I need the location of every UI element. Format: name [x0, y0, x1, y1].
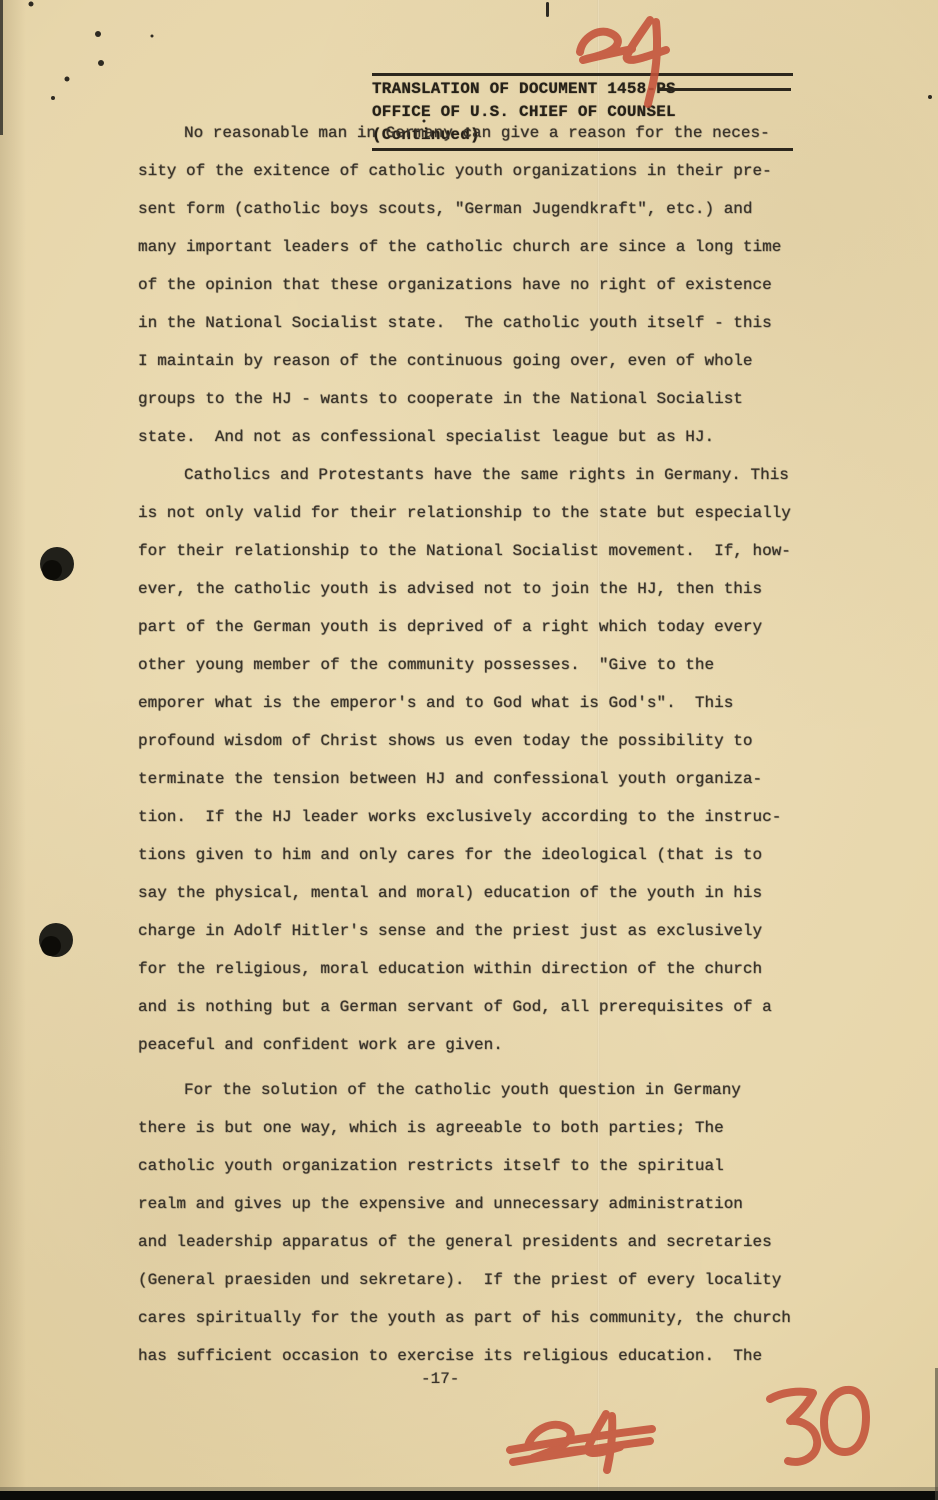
left-scan-edge: [0, 0, 3, 135]
handwriting-bottom-number: [770, 1390, 866, 1462]
scan-marks-overlay: [0, 0, 938, 1500]
ink-specks: [29, 2, 933, 123]
handwriting-top-number: [580, 20, 666, 104]
handwriting-bottom-crossed-number: [510, 1414, 652, 1470]
punch-holes: [39, 547, 74, 957]
bottom-scan-edge: [0, 1491, 938, 1500]
scan-edges: [0, 0, 938, 1500]
